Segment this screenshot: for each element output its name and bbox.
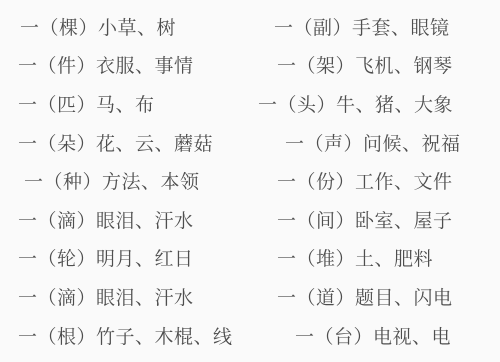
list-row: 一（滴）眼泪、汗水 一（间）卧室、屋子 xyxy=(0,202,500,241)
measure-word-entry: 一（副）手套、眼镜 xyxy=(250,19,500,38)
measure-word-entry: 一（份）工作、文件 xyxy=(250,173,500,192)
measure-words-worksheet: 一（棵）小草、树 一（副）手套、眼镜 一（件）衣服、事情 一（架）飞机、钢琴 一… xyxy=(0,0,500,362)
measure-word-entry: 一（头）牛、猪、大象 xyxy=(250,96,500,115)
measure-word-entry: 一（匹）马、布 xyxy=(0,96,250,115)
measure-word-entry: 一（根）竹子、木棍、线 xyxy=(0,328,250,347)
list-row: 一（棵）小草、树 一（副）手套、眼镜 xyxy=(0,9,500,48)
measure-word-entry: 一（台）电视、电 xyxy=(250,328,500,347)
list-row: 一（根）竹子、木棍、线 一（台）电视、电 xyxy=(0,318,500,357)
list-row: 一（种）方法、本领 一（份）工作、文件 xyxy=(0,163,500,202)
measure-word-entry: 一（堆）土、肥料 xyxy=(250,250,500,269)
measure-word-entry: 一（架）飞机、钢琴 xyxy=(250,57,500,76)
list-row: 一（朵）花、云、蘑菇 一（声）问候、祝福 xyxy=(0,125,500,164)
measure-word-entry: 一（间）卧室、屋子 xyxy=(250,212,500,231)
measure-word-entry: 一（声）问候、祝福 xyxy=(250,135,500,154)
measure-word-entry: 一（种）方法、本领 xyxy=(0,173,250,192)
measure-word-entry: 一（棵）小草、树 xyxy=(0,19,250,38)
list-row: 一（轮）明月、红日 一（堆）土、肥料 xyxy=(0,241,500,280)
measure-word-entry: 一（滴）眼泪、汗水 xyxy=(0,212,250,231)
measure-word-entry: 一（件）衣服、事情 xyxy=(0,57,250,76)
measure-word-entry: 一（轮）明月、红日 xyxy=(0,250,250,269)
list-row: 一（匹）马、布 一（头）牛、猪、大象 xyxy=(0,86,500,125)
list-row: 一（件）衣服、事情 一（架）飞机、钢琴 xyxy=(0,48,500,87)
measure-word-entry: 一（道）题目、闪电 xyxy=(250,289,500,308)
list-row: 一（滴）眼泪、汗水 一（道）题目、闪电 xyxy=(0,279,500,318)
measure-word-entry: 一（滴）眼泪、汗水 xyxy=(0,289,250,308)
measure-word-entry: 一（朵）花、云、蘑菇 xyxy=(0,135,250,154)
